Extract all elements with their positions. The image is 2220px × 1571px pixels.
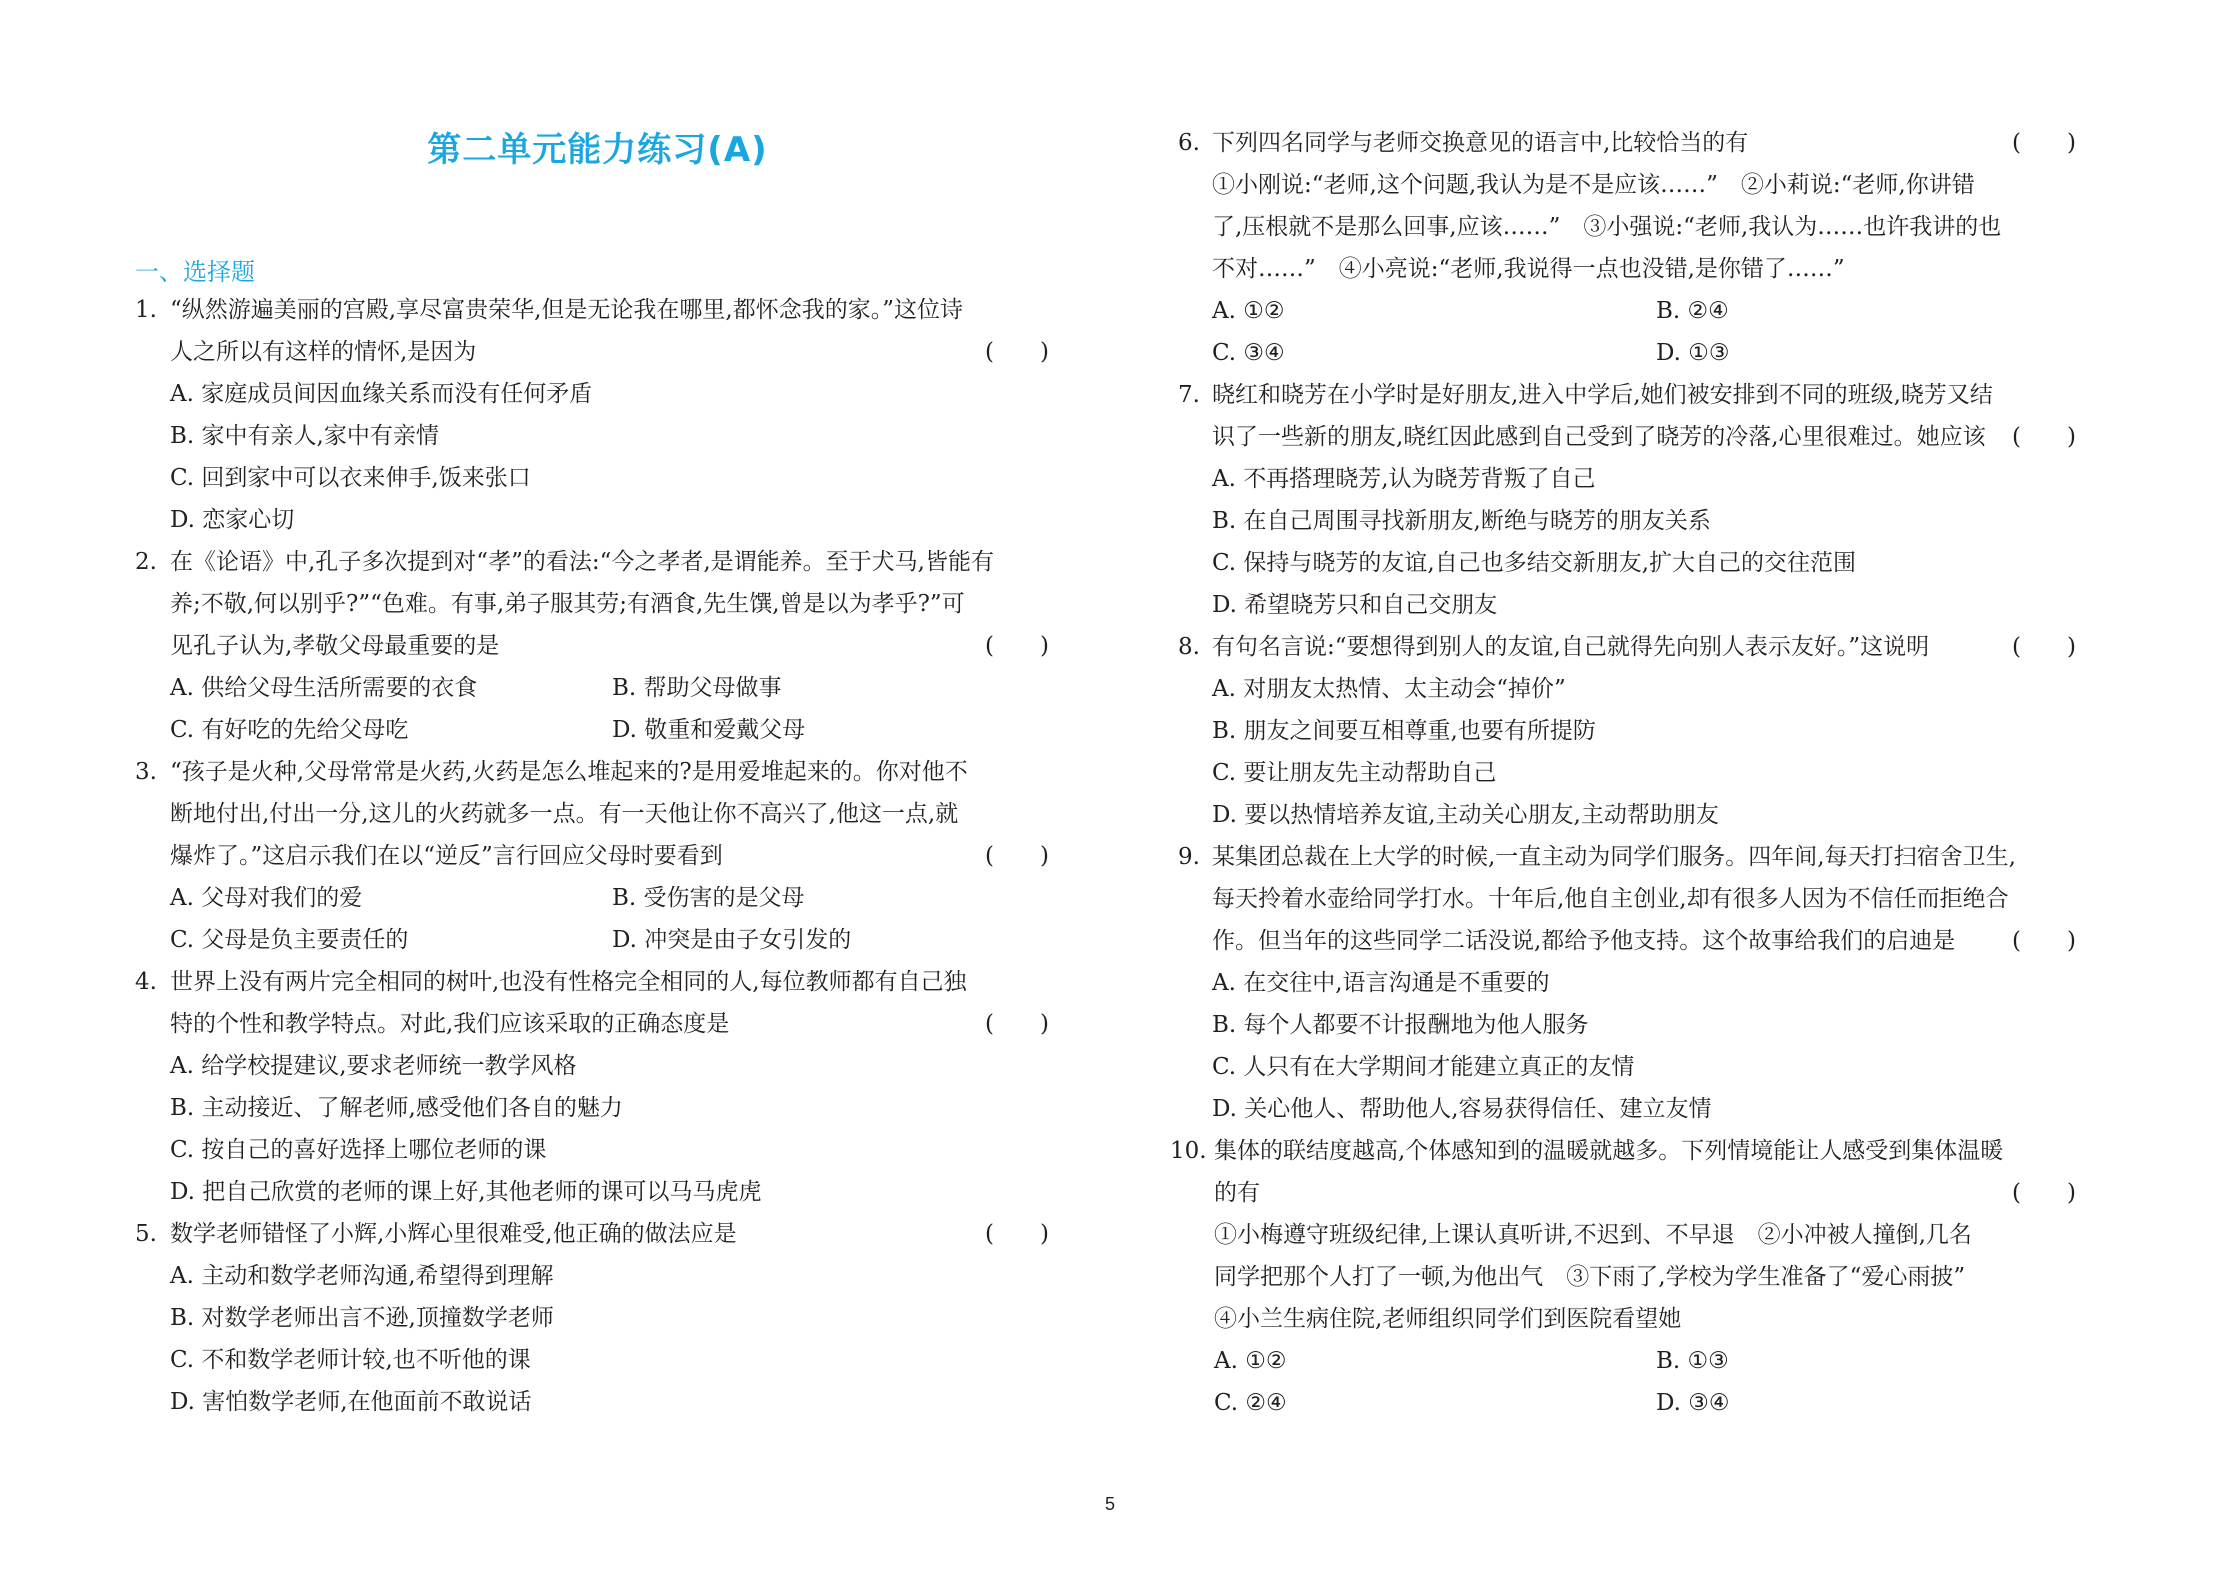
option-d[interactable]: D. 把自己欣赏的老师的课上好,其他老师的课可以马马虎虎 [170, 1171, 762, 1213]
option-a[interactable]: A. 家庭成员间因血缘关系而没有任何矛盾 [170, 373, 592, 415]
question-number: 5. [135, 1213, 157, 1255]
answer-blank[interactable]: ( ) [985, 1003, 1049, 1045]
option-d[interactable]: D. 希望晓芳只和自己交朋友 [1212, 584, 1497, 626]
question-stem-line: 数学老师错怪了小辉,小辉心里很难受,他正确的做法应是 [170, 1213, 737, 1255]
option-a[interactable]: A. ①② [1212, 290, 1284, 332]
question-stem-line: ①小刚说:“老师,这个问题,我认为是不是应该……” ②小莉说:“老师,你讲错 [1212, 164, 1975, 206]
question-number: 9. [1178, 836, 1200, 878]
question-stem-line: ①小梅遵守班级纪律,上课认真听讲,不迟到、不早退 ②小冲被人撞倒,几名 [1214, 1214, 1972, 1256]
question-stem-line: 不对……” ④小亮说:“老师,我说得一点也没错,是你错了……” [1212, 248, 1845, 290]
answer-blank[interactable]: ( ) [2012, 122, 2076, 164]
option-d[interactable]: D. 恋家心切 [170, 499, 294, 541]
option-a[interactable]: A. 供给父母生活所需要的衣食 [170, 667, 477, 709]
option-c[interactable]: C. ②④ [1214, 1382, 1287, 1424]
question-number: 2. [135, 541, 157, 583]
question-stem-line: 集体的联结度越高,个体感知到的温暖就越多。下列情境能让人感受到集体温暖 [1214, 1130, 2003, 1172]
question-stem-line: 晓红和晓芳在小学时是好朋友,进入中学后,她们被安排到不同的班级,晓芳又结 [1212, 374, 1993, 416]
option-a[interactable]: A. 在交往中,语言沟通是不重要的 [1212, 962, 1550, 1004]
option-c[interactable]: C. 父母是负主要责任的 [170, 919, 408, 961]
question-number: 3. [135, 751, 157, 793]
answer-blank[interactable]: ( ) [2012, 1172, 2076, 1214]
question-number: 7. [1178, 374, 1200, 416]
section-heading: 一、选择题 [135, 252, 255, 287]
option-d[interactable]: D. 敬重和爱戴父母 [612, 709, 805, 751]
question-stem-line: 断地付出,付出一分,这儿的火药就多一点。有一天他让你不高兴了,他这一点,就 [170, 793, 958, 835]
option-a[interactable]: A. 给学校提建议,要求老师统一教学风格 [170, 1045, 577, 1087]
option-c[interactable]: C. 人只有在大学期间才能建立真正的友情 [1212, 1046, 1634, 1088]
question-stem-line: 了,压根就不是那么回事,应该……” ③小强说:“老师,我认为……也许我讲的也 [1212, 206, 2001, 248]
option-a[interactable]: A. 主动和数学老师沟通,希望得到理解 [170, 1255, 554, 1297]
question-stem-line: ④小兰生病住院,老师组织同学们到医院看望她 [1214, 1298, 1681, 1340]
option-c[interactable]: C. 按自己的喜好选择上哪位老师的课 [170, 1129, 546, 1171]
question-stem-line: “纵然游遍美丽的宫殿,享尽富贵荣华,但是无论我在哪里,都怀念我的家。”这位诗 [170, 289, 963, 331]
question-stem-line: 养;不敬,何以别乎?”“色难。有事,弟子服其劳;有酒食,先生馔,曾是以为孝乎?”… [170, 583, 965, 625]
option-d[interactable]: D. 要以热情培养友谊,主动关心朋友,主动帮助朋友 [1212, 794, 1719, 836]
question-stem-line: 作。但当年的这些同学二话没说,都给予他支持。这个故事给我们的启迪是 [1212, 920, 1955, 962]
page-title: 第二单元能力练习(A) [0, 122, 1195, 171]
option-b[interactable]: B. 家中有亲人,家中有亲情 [170, 415, 439, 457]
option-d[interactable]: D. 害怕数学老师,在他面前不敢说话 [170, 1381, 532, 1423]
option-d[interactable]: D. 冲突是由子女引发的 [612, 919, 851, 961]
option-d[interactable]: D. ③④ [1656, 1382, 1729, 1424]
answer-blank[interactable]: ( ) [2012, 626, 2076, 668]
option-b[interactable]: B. 每个人都要不计报酬地为他人服务 [1212, 1004, 1589, 1046]
question-stem-line: 同学把那个人打了一顿,为他出气 ③下雨了,学校为学生准备了“爱心雨披” [1214, 1256, 1965, 1298]
question-stem-line: 每天拎着水壶给同学打水。十年后,他自主创业,却有很多人因为不信任而拒绝合 [1212, 878, 2009, 920]
question-stem-line: 特的个性和教学特点。对此,我们应该采取的正确态度是 [170, 1003, 729, 1045]
option-b[interactable]: B. 受伤害的是父母 [612, 877, 805, 919]
question-stem-line: 见孔子认为,孝敬父母最重要的是 [170, 625, 499, 667]
option-b[interactable]: B. ②④ [1656, 290, 1729, 332]
option-b[interactable]: B. 朋友之间要互相尊重,也要有所提防 [1212, 710, 1596, 752]
page-number: 5 [0, 1494, 2220, 1515]
question-stem-line: “孩子是火种,父母常常是火药,火药是怎么堆起来的?是用爱堆起来的。你对他不 [170, 751, 968, 793]
answer-blank[interactable]: ( ) [2012, 920, 2076, 962]
question-stem-line: 下列四名同学与老师交换意见的语言中,比较恰当的有 [1212, 122, 1748, 164]
option-b[interactable]: B. 对数学老师出言不逊,顶撞数学老师 [170, 1297, 554, 1339]
answer-blank[interactable]: ( ) [2012, 416, 2076, 458]
question-number: 6. [1178, 122, 1200, 164]
option-c[interactable]: C. 有好吃的先给父母吃 [170, 709, 408, 751]
option-b[interactable]: B. 主动接近、了解老师,感受他们各自的魅力 [170, 1087, 623, 1129]
question-stem-line: 的有 [1214, 1172, 1260, 1214]
option-b[interactable]: B. 在自己周围寻找新朋友,断绝与晓芳的朋友关系 [1212, 500, 1711, 542]
answer-blank[interactable]: ( ) [985, 331, 1049, 373]
option-d[interactable]: D. ①③ [1656, 332, 1729, 374]
option-c[interactable]: C. 回到家中可以衣来伸手,饭来张口 [170, 457, 531, 499]
question-number: 4. [135, 961, 157, 1003]
option-a[interactable]: A. 对朋友太热情、太主动会“掉价” [1212, 668, 1566, 710]
question-number: 8. [1178, 626, 1200, 668]
option-c[interactable]: C. ③④ [1212, 332, 1285, 374]
question-stem-line: 在《论语》中,孔子多次提到对“孝”的看法:“今之孝者,是谓能养。至于犬马,皆能有 [170, 541, 994, 583]
answer-blank[interactable]: ( ) [985, 625, 1049, 667]
answer-blank[interactable]: ( ) [985, 835, 1049, 877]
option-b[interactable]: B. 帮助父母做事 [612, 667, 782, 709]
question-number: 1. [135, 289, 157, 331]
option-c[interactable]: C. 保持与晓芳的友谊,自己也多结交新朋友,扩大自己的交往范围 [1212, 542, 1856, 584]
question-number: 10. [1170, 1130, 1207, 1172]
question-stem-line: 某集团总裁在上大学的时候,一直主动为同学们服务。四年间,每天打扫宿舍卫生, [1212, 836, 2016, 878]
question-stem-line: 世界上没有两片完全相同的树叶,也没有性格完全相同的人,每位教师都有自己独 [170, 961, 967, 1003]
option-c[interactable]: C. 不和数学老师计较,也不听他的课 [170, 1339, 531, 1381]
question-stem-line: 有句名言说:“要想得到别人的友谊,自己就得先向别人表示友好。”这说明 [1212, 626, 1929, 668]
option-c[interactable]: C. 要让朋友先主动帮助自己 [1212, 752, 1496, 794]
question-stem-line: 爆炸了。”这启示我们在以“逆反”言行回应父母时要看到 [170, 835, 723, 877]
option-a[interactable]: A. ①② [1214, 1340, 1286, 1382]
option-d[interactable]: D. 关心他人、帮助他人,容易获得信任、建立友情 [1212, 1088, 1712, 1130]
worksheet-page: 第二单元能力练习(A) 一、选择题 1. “纵然游遍美丽的宫殿,享尽富贵荣华,但… [0, 0, 2220, 1571]
answer-blank[interactable]: ( ) [985, 1213, 1049, 1255]
question-stem-line: 识了一些新的朋友,晓红因此感到自己受到了晓芳的冷落,心里很难过。她应该 [1212, 416, 1986, 458]
question-stem-line: 人之所以有这样的情怀,是因为 [170, 331, 476, 373]
option-a[interactable]: A. 不再搭理晓芳,认为晓芳背叛了自己 [1212, 458, 1596, 500]
option-b[interactable]: B. ①③ [1656, 1340, 1729, 1382]
option-a[interactable]: A. 父母对我们的爱 [170, 877, 362, 919]
